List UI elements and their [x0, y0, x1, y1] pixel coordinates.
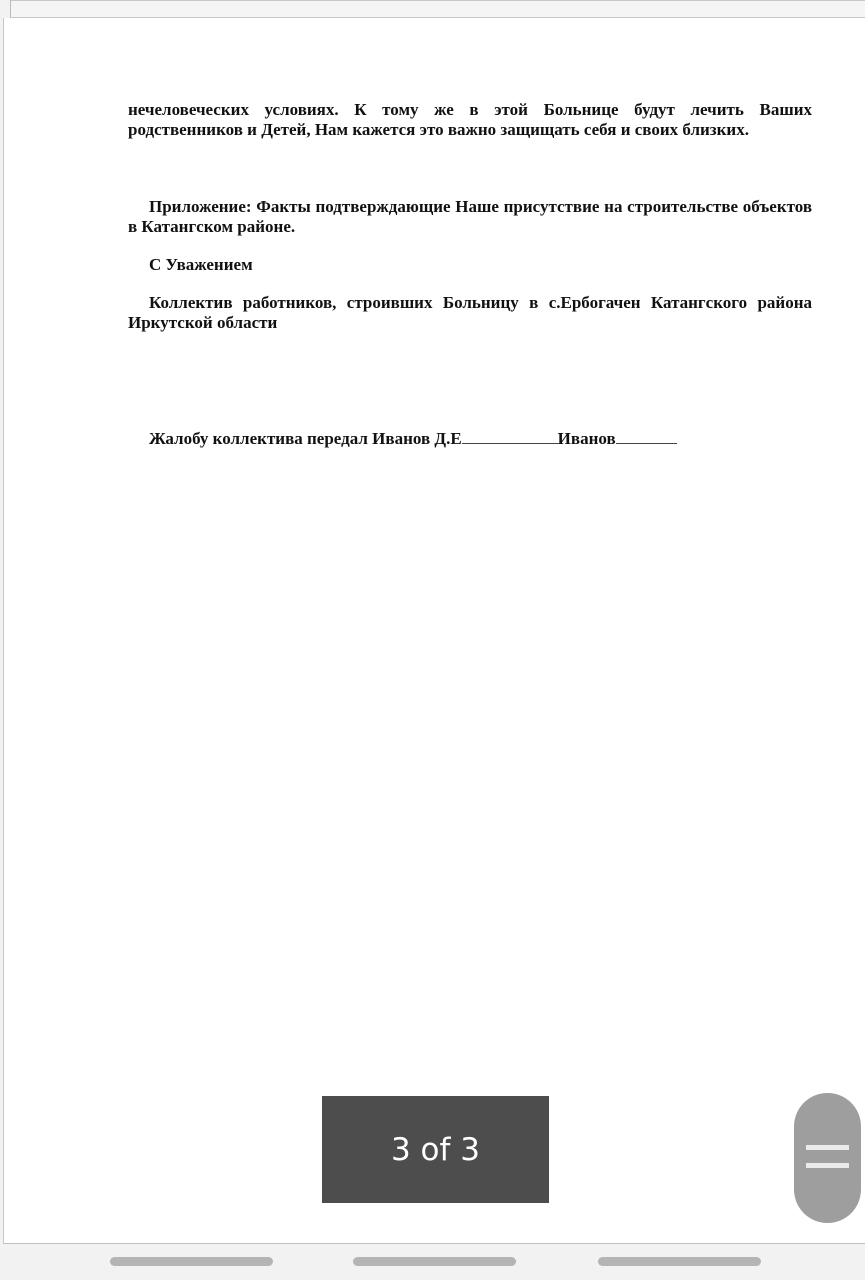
- previous-page-edge: [6, 0, 865, 18]
- paragraph-attachment: Приложение: Факты подтверждающие Наше пр…: [128, 197, 812, 236]
- bottom-bar: [0, 1244, 865, 1280]
- drag-handle-icon-line: [806, 1163, 849, 1168]
- fast-scroll-handle[interactable]: [794, 1093, 861, 1223]
- signature-blank-2: [616, 429, 677, 444]
- nav-pill-center[interactable]: [353, 1257, 516, 1266]
- signature-blank: [462, 429, 558, 444]
- paragraph-regards: С Уважением: [128, 255, 812, 275]
- paragraph-collective: Коллектив работников, строивших Больницу…: [128, 293, 812, 332]
- signature-line: Жалобу коллектива передал Иванов Д.ЕИван…: [128, 429, 812, 449]
- signature-name: Иванов: [558, 429, 616, 448]
- page-indicator: 3 of 3: [322, 1096, 549, 1203]
- paragraph-continuation: нечеловеческих условиях. К тому же в это…: [128, 100, 812, 139]
- drag-handle-icon: [806, 1145, 849, 1150]
- nav-pill-left[interactable]: [110, 1257, 273, 1266]
- nav-pill-right[interactable]: [598, 1257, 761, 1266]
- signature-text: Жалобу коллектива передал Иванов Д.Е: [149, 429, 462, 448]
- document-page: нечеловеческих условиях. К тому же в это…: [3, 18, 865, 1244]
